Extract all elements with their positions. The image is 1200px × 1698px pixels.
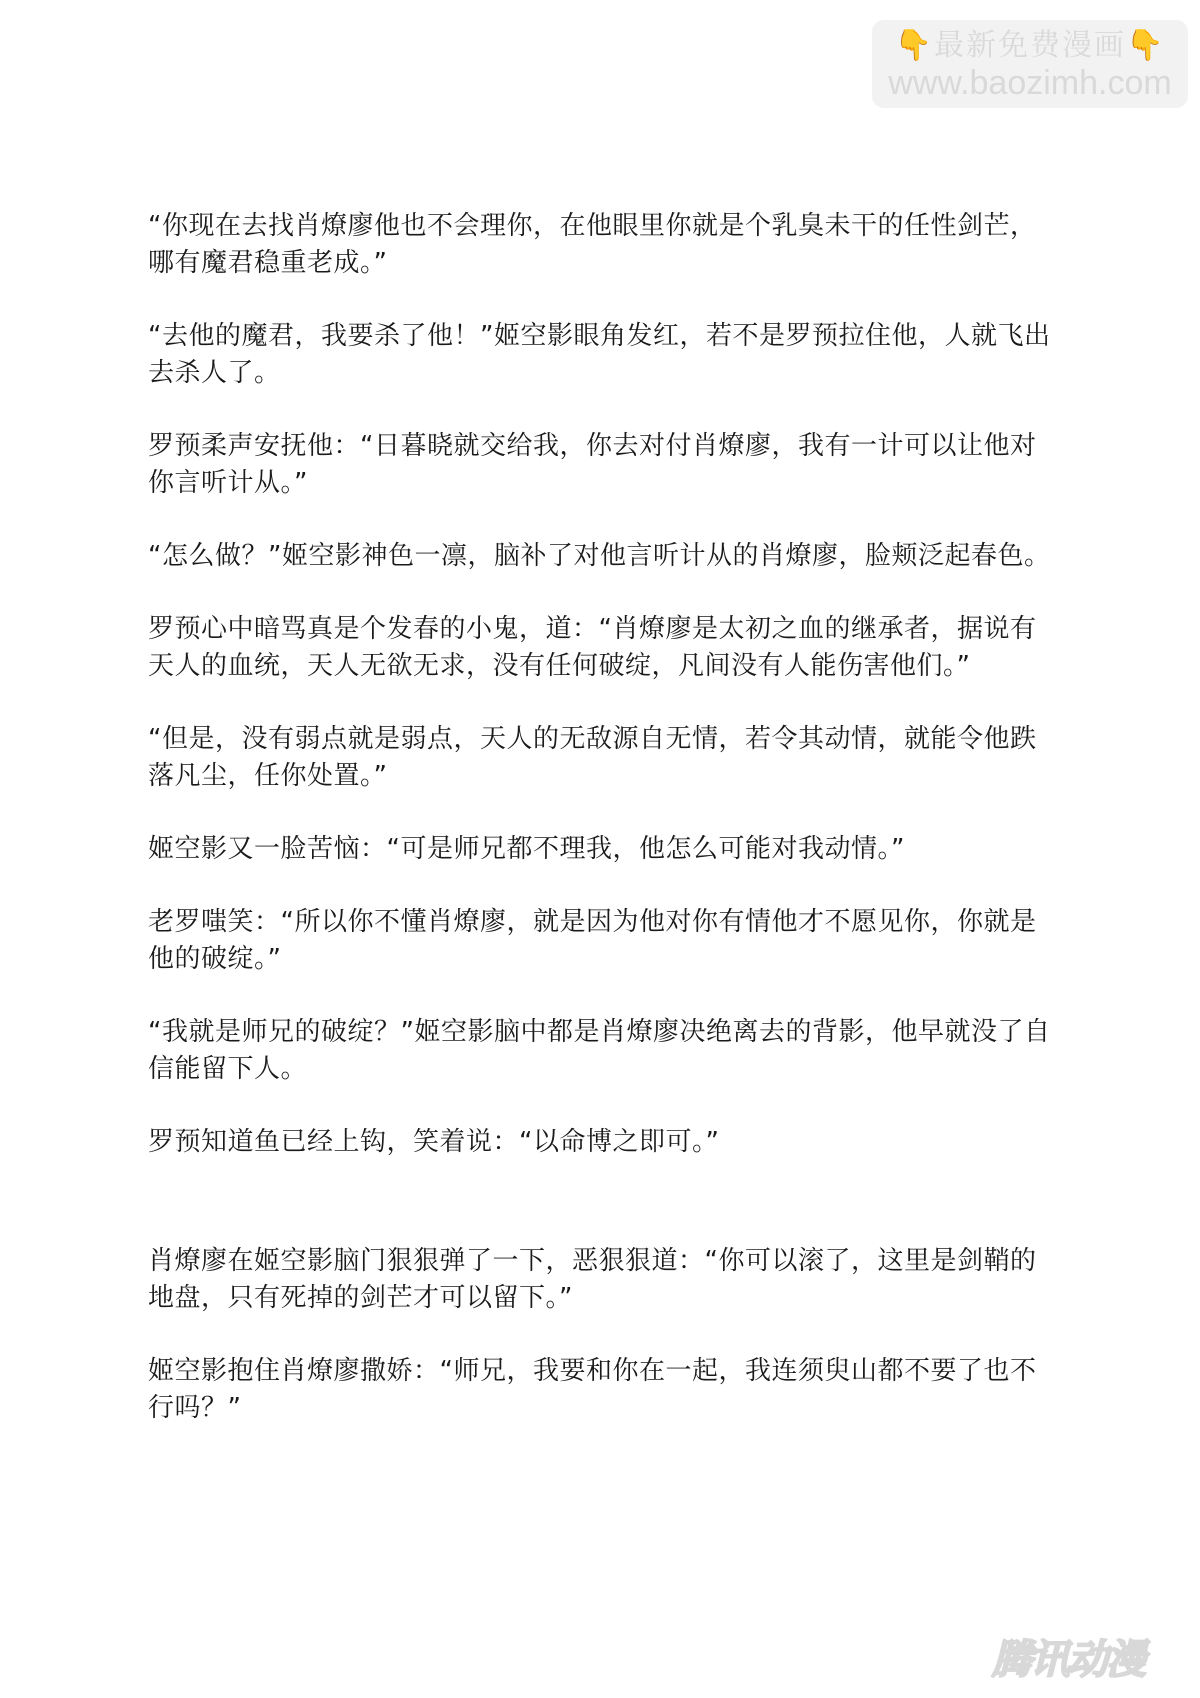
paragraph: 肖燎廖在姬空影脑门狠狠弹了一下，恶狠狠道：“你可以滚了，这里是剑鞘的地盘，只有死… <box>148 1243 1060 1317</box>
paragraph: “你现在去找肖燎廖他也不会理你，在他眼里你就是个乳臭未干的任性剑芒，哪有魔君稳重… <box>148 208 1060 282</box>
story-text: “你现在去找肖燎廖他也不会理你，在他眼里你就是个乳臭未干的任性剑芒，哪有魔君稳重… <box>148 208 1060 1463</box>
paragraph: 罗预柔声安抚他：“日暮晓就交给我，你去对付肖燎廖，我有一计可以让他对你言听计从。… <box>148 428 1060 502</box>
paragraph: “去他的魔君，我要杀了他！”姬空影眼角发红，若不是罗预拉住他，人就飞出去杀人了。 <box>148 318 1060 392</box>
paragraph: 姬空影抱住肖燎廖撒娇：“师兄，我要和你在一起，我连须臾山都不要了也不行吗？” <box>148 1353 1060 1427</box>
paragraph: 姬空影又一脸苦恼：“可是师兄都不理我，他怎么可能对我动情。” <box>148 831 1060 868</box>
pointing-down-icon: 👇 <box>1126 28 1165 63</box>
paragraph: “怎么做？”姬空影神色一凛，脑补了对他言听计从的肖燎廖，脸颊泛起春色。 <box>148 538 1060 575</box>
paragraph: 老罗嗤笑：“所以你不懂肖燎廖，就是因为他对你有情他才不愿见你，你就是他的破绽。” <box>148 904 1060 978</box>
watermark-baozimh: 👇最新免费漫画👇 www.baozimh.com <box>872 20 1188 108</box>
paragraph: 罗预心中暗骂真是个发春的小鬼，道：“肖燎廖是太初之血的继承者，据说有天人的血统，… <box>148 611 1060 685</box>
paragraph: “但是，没有弱点就是弱点，天人的无敌源自无情，若令其动情，就能令他跌落凡尘，任你… <box>148 721 1060 795</box>
watermark-tencent-comics: 腾讯动漫 <box>992 1628 1182 1672</box>
paragraph: 罗预知道鱼已经上钩，笑着说：“以命博之即可。” <box>148 1124 1060 1161</box>
watermark-url: www.baozimh.com <box>872 64 1188 102</box>
section-gap <box>148 1197 1060 1243</box>
paragraph: “我就是师兄的破绽？”姬空影脑中都是肖燎廖决绝离去的背影，他早就没了自信能留下人… <box>148 1014 1060 1088</box>
pointing-down-icon: 👇 <box>895 28 934 63</box>
watermark-line1: 👇最新免费漫画👇 <box>872 28 1188 64</box>
watermark-title: 最新免费漫画 <box>934 28 1126 63</box>
